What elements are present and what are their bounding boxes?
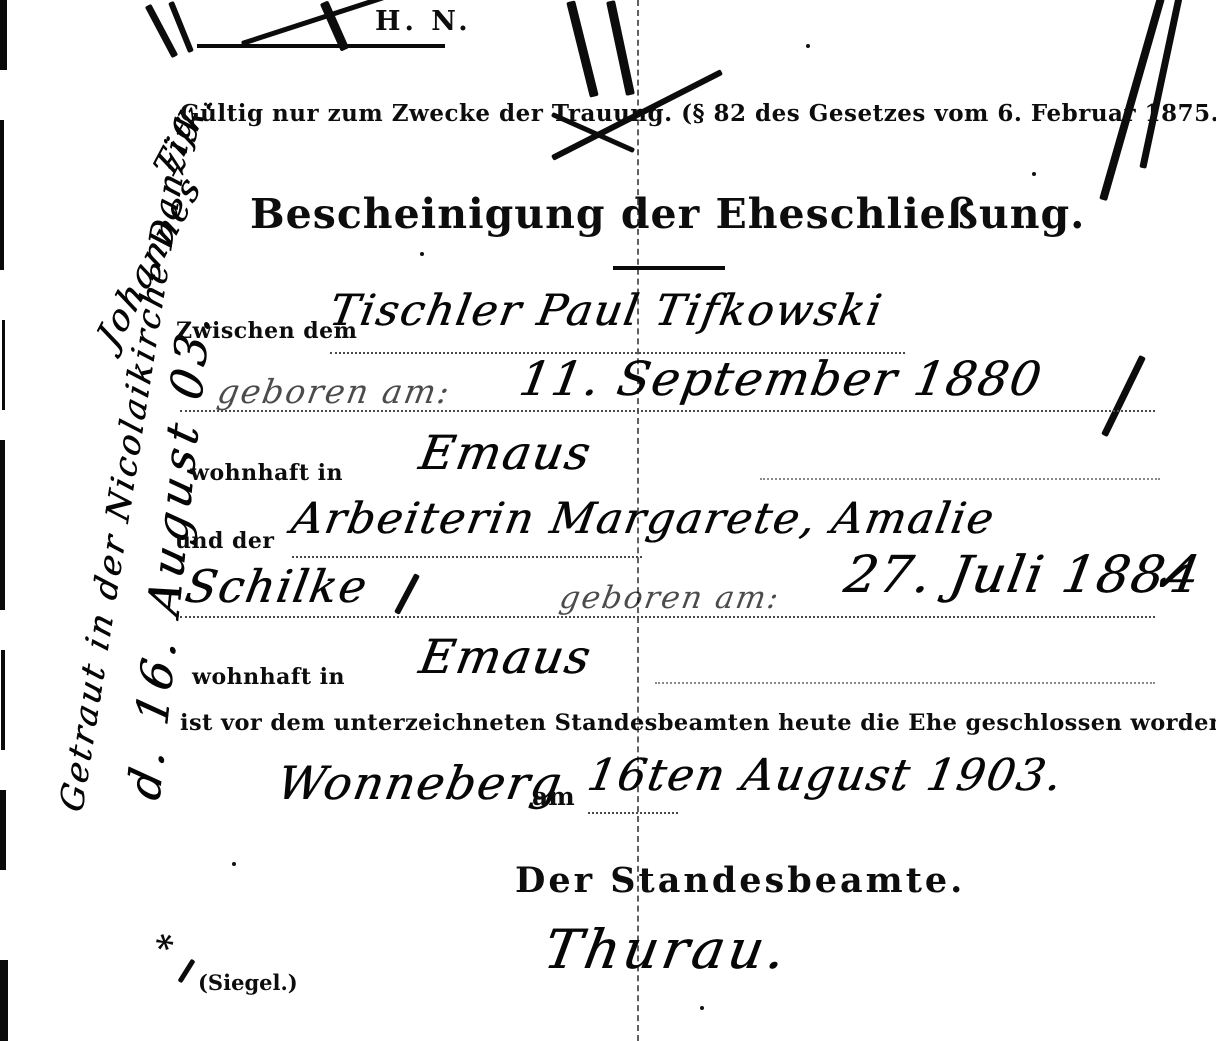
bride-name-entry: Arbeiterin Margarete, Amalie: [288, 494, 999, 544]
groom-residence-entry: Emaus: [415, 426, 596, 481]
groom-born-label: geboren am:: [215, 372, 455, 411]
place-entry: Wonneberg: [273, 756, 567, 810]
series-label: H. N.: [375, 6, 472, 37]
scan-edge-artifact: [0, 960, 8, 1041]
bride-surname-entry: Schilke: [181, 560, 372, 613]
pen-numeral-stroke: [606, 0, 635, 96]
ink-speck: [700, 1006, 704, 1010]
ink-speck: [232, 862, 236, 866]
entry-dotted-line: [760, 478, 1160, 480]
registrar-signature: Thurau.: [539, 918, 794, 981]
scan-edge-artifact: [0, 790, 6, 870]
pen-slash-mark: [394, 573, 420, 615]
seal-mark: *: [152, 926, 182, 970]
scan-edge-artifact: [0, 440, 5, 610]
margin-note-fragment2: Tifk.: [146, 82, 220, 185]
scan-edge-artifact: [0, 0, 7, 70]
date-entry: 16ten August 1903.: [584, 750, 1068, 801]
title-underline: [613, 266, 725, 270]
entry-dotted-line: [655, 682, 1155, 684]
header-rule: [197, 44, 445, 48]
scan-edge-artifact: [1, 650, 5, 750]
bride-residence-entry: Emaus: [415, 630, 596, 685]
scan-edge-artifact: [0, 120, 4, 270]
pen-stroke-mark: [1139, 0, 1183, 169]
marriage-certificate-scan: Getraut in der Nicolaikirche Danzig d. 1…: [0, 0, 1216, 1041]
pen-scribble-mark: [241, 0, 385, 46]
entry-dotted-line: [180, 616, 1155, 618]
groom-residence-label: wohnhaft in: [190, 460, 343, 486]
scan-edge-artifact: [2, 320, 5, 410]
document-title: Bescheinigung der Eheschließung.: [250, 190, 990, 238]
bride-born-label: geboren am:: [557, 580, 783, 616]
groom-name-entry: Tischler Paul Tifkowski: [326, 286, 887, 336]
ink-speck: [420, 252, 424, 256]
validity-line: Gültig nur zum Zwecke der Trauung. (§ 82…: [180, 100, 1165, 127]
entry-dotted-line: [588, 812, 678, 814]
bride-residence-label: wohnhaft in: [192, 664, 345, 690]
pen-slash-mark: [1101, 355, 1146, 437]
am-label: am: [532, 782, 575, 811]
entry-dotted-line: [292, 556, 642, 558]
checkmark-mark: ✓: [1148, 552, 1194, 601]
groom-birthdate-entry: 11. September 1880: [515, 352, 1047, 407]
pen-numeral-stroke: [566, 0, 598, 97]
ink-speck: [1032, 172, 1036, 176]
marriage-statement: ist vor dem unterzeichneten Standesbeamt…: [180, 710, 1216, 736]
seal-label: (Siegel.): [198, 970, 298, 995]
and-label: und der: [175, 528, 275, 554]
registrar-label: Der Standesbeamte.: [515, 860, 965, 901]
entry-dotted-line: [180, 410, 1155, 412]
ink-speck: [806, 44, 810, 48]
